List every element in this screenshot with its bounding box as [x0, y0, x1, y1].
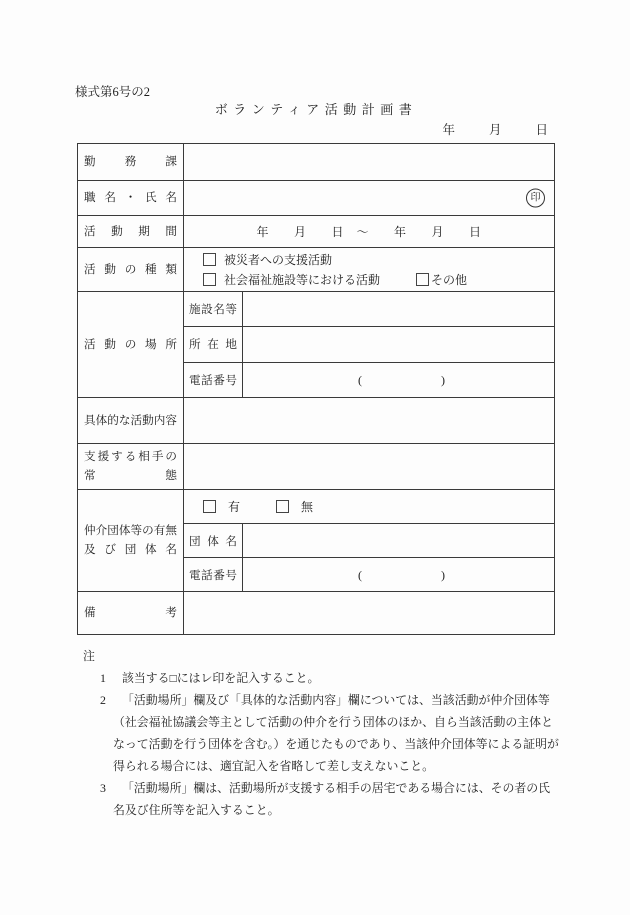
- phone-label: 電話番号: [189, 372, 237, 388]
- recipient-label-line1: 支援する相手の: [84, 449, 177, 465]
- option-label: 有: [228, 498, 240, 516]
- note-number: 3: [100, 777, 122, 799]
- option-label: 無: [301, 498, 313, 516]
- row-details: 具体的な活動内容: [78, 397, 554, 443]
- date-line: 年 月 日: [77, 120, 551, 138]
- row-remarks: 備考: [78, 591, 554, 634]
- note-item-1: 1該当する□にはレ印を記入すること。: [100, 667, 555, 689]
- note-item-2-cont: 得られる場合には、適宜記入を省略して差し支えないこと。: [113, 755, 555, 777]
- activity-type-option-disaster: 被災者への支援活動: [203, 251, 332, 269]
- notes-section: 注 1該当する□にはレ印を記入すること。 2「活動場所」欄及び「具体的な活動内容…: [83, 645, 555, 821]
- period-label: 活動期間: [84, 224, 177, 240]
- checkbox-icon: [203, 253, 216, 266]
- row-recipient-state: 支援する相手の 常態: [78, 443, 554, 489]
- details-value: [184, 398, 554, 443]
- address-value: [243, 327, 554, 361]
- intermediary-label-line1: 仲介団体等の有無: [84, 523, 177, 539]
- phone-value: ( ): [358, 371, 446, 388]
- intermediary-option-yes: 有: [203, 498, 240, 516]
- location-phone-row: 電話番号 ( ): [184, 362, 554, 397]
- note-item-2: 2「活動場所」欄及び「具体的な活動内容」欄については、当該活動が仲介団体等: [100, 689, 555, 711]
- location-address-row: 所在地: [184, 326, 554, 361]
- option-label: 被災者への支援活動: [224, 251, 332, 269]
- row-location: 活動の場所 施設名等 所在地 電話番号 ( ): [78, 291, 554, 397]
- location-facility-row: 施設名等: [184, 292, 554, 326]
- intermediary-phone-row: 電話番号 ( ): [184, 557, 554, 591]
- row-name: 職名・氏名 印: [78, 180, 554, 215]
- note-text: 「活動場所」欄は、活動場所が支援する相手の居宅である場合には、その者の氏: [122, 781, 550, 795]
- activity-type-option-facility: 社会福祉施設等における活動: [203, 271, 380, 289]
- intermediary-orgname-row: 団体名: [184, 523, 554, 557]
- intermediary-label-line2: 及び団体名: [84, 542, 177, 558]
- activity-type-label: 活動の種類: [84, 262, 177, 278]
- location-label: 活動の場所: [84, 337, 177, 353]
- activity-type-option-other: その他: [416, 271, 467, 289]
- note-item-3-cont: 名及び住所等を記入すること。: [113, 799, 555, 821]
- checkbox-icon: [276, 500, 289, 513]
- seal-icon: 印: [526, 189, 545, 208]
- row-duty-section: 勤務課: [78, 144, 554, 180]
- page-title: ボランティア活動計画書: [77, 99, 555, 118]
- intermediary-availability-row: 有 無: [184, 490, 554, 523]
- form-number: 様式第6号の2: [75, 82, 150, 100]
- duty-section-value: [184, 144, 554, 180]
- name-label: 職名・氏名: [84, 190, 177, 206]
- option-label: 社会福祉施設等における活動: [224, 271, 380, 289]
- phone-value: ( ): [358, 566, 446, 583]
- name-value: 印: [184, 181, 554, 215]
- document-page: { "page": { "form_number": "様式第6号の2", "t…: [0, 0, 630, 915]
- form-table: 勤務課 職名・氏名 印 活動期間 年 月 日 ～ 年 月 日 活動の種類 被災者…: [77, 143, 555, 635]
- remarks-value: [184, 592, 554, 634]
- period-value: 年 月 日 ～ 年 月 日: [184, 223, 554, 240]
- remarks-label: 備考: [84, 605, 177, 621]
- facility-value: [243, 292, 554, 326]
- duty-section-label: 勤務課: [84, 154, 177, 170]
- note-item-2-cont: （社会福祉協議会等主として活動の仲介を行う団体のほか、自ら当該活動の主体と: [113, 711, 555, 733]
- address-label: 所在地: [189, 336, 237, 352]
- note-item-3: 3「活動場所」欄は、活動場所が支援する相手の居宅である場合には、その者の氏: [100, 777, 555, 799]
- details-label: 具体的な活動内容: [84, 413, 177, 429]
- option-label: その他: [431, 271, 467, 289]
- notes-heading: 注: [83, 645, 555, 667]
- checkbox-icon: [203, 273, 216, 286]
- checkbox-icon: [203, 500, 216, 513]
- row-intermediary: 仲介団体等の有無 及び団体名 有 無 団体名: [78, 489, 554, 591]
- row-activity-type: 活動の種類 被災者への支援活動 社会福祉施設等における活動 その他: [78, 247, 554, 291]
- orgname-value: [243, 524, 554, 557]
- phone-label: 電話番号: [189, 567, 237, 583]
- orgname-label: 団体名: [189, 533, 237, 549]
- row-period: 活動期間 年 月 日 ～ 年 月 日: [78, 215, 554, 247]
- recipient-value: [184, 444, 554, 489]
- intermediary-option-no: 無: [276, 498, 313, 516]
- facility-label: 施設名等: [189, 301, 237, 317]
- note-number: 1: [100, 667, 122, 689]
- note-text: 該当する□にはレ印を記入すること。: [122, 671, 319, 685]
- note-number: 2: [100, 689, 122, 711]
- note-item-2-cont: なって活動を行う団体を含む。）を通じたものであり、当該仲介団体等による証明が: [113, 733, 555, 755]
- recipient-label-line2: 常態: [84, 468, 177, 484]
- note-text: 「活動場所」欄及び「具体的な活動内容」欄については、当該活動が仲介団体等: [122, 693, 550, 707]
- checkbox-icon: [416, 273, 429, 286]
